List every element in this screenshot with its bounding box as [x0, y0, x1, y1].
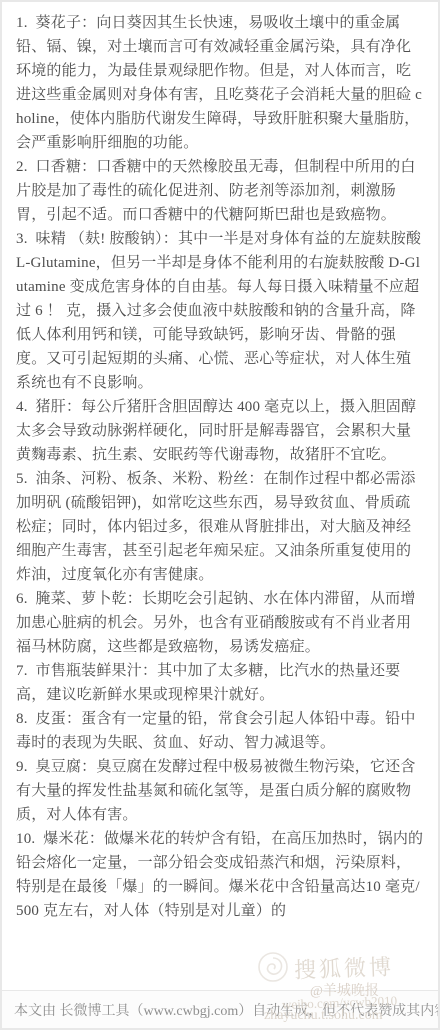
list-item-10: 10. 爆米花：做爆米花的转炉含有铅，在高压加热时，锅内的铅会熔化一定量，一部分… — [16, 827, 425, 923]
list-item-4: 4. 猪肝：每公斤猪肝含胆固醇达 400 毫克以上，摄入胆固醇太多会导致动脉粥样… — [16, 395, 425, 467]
list-item-1: 1. 葵花子：向日葵因其生长快速，易吸收土壤中的重金属铅、镉、镍，对土壤而言可有… — [16, 11, 425, 155]
article-body: 1. 葵花子：向日葵因其生长快速，易吸收土壤中的重金属铅、镉、镍，对土壤而言可有… — [2, 2, 438, 923]
list-item-9: 9. 臭豆腐：臭豆腐在发酵过程中极易被微生物污染，它还含有大量的挥发性盐基氮和硫… — [16, 755, 425, 827]
long-weibo-document: 1. 葵花子：向日葵因其生长快速，易吸收土壤中的重金属铅、镉、镍，对土壤而言可有… — [0, 0, 440, 1030]
footer-attribution-text: 本文由 长微博工具（www.cwbgj.com）自动生成，但不代表赞成其内容或立… — [14, 1000, 438, 1020]
list-item-6: 6. 腌菜、萝卜乾：长期吃会引起钠、水在体内滞留，从而增加患心脏病的机会。另外，… — [16, 587, 425, 659]
list-item-7: 7. 市售瓶装鲜果汁：其中加了太多糖，比汽水的热量还要高，建议吃新鲜水果或现榨果… — [16, 659, 425, 707]
sohu-fox-logo-icon — [256, 950, 290, 989]
list-item-3: 3. 味精 （麸! 胺酸钠）：其中一半是对身体有益的左旋麸胺酸 L-Glutam… — [16, 227, 425, 395]
footer-bar: 本文由 长微博工具（www.cwbgj.com）自动生成，但不代表赞成其内容或立… — [2, 990, 438, 1028]
list-item-8: 8. 皮蛋：蛋含有一定量的铅，常食会引起人体铅中毒。铅中毒时的表现为失眠、贫血、… — [16, 707, 425, 755]
list-item-2: 2. 口香糖：口香糖中的天然橡胶虽无毒，但制程中所用的白片胶是加了毒性的硫化促进… — [16, 155, 425, 227]
list-item-5: 5. 油条、河粉、板条、米粉、粉丝：在制作过程中都必需添加明矾 (硫酸铝钾)，如… — [16, 467, 425, 587]
watermark-brand-text: 搜狐微博 — [293, 950, 394, 984]
